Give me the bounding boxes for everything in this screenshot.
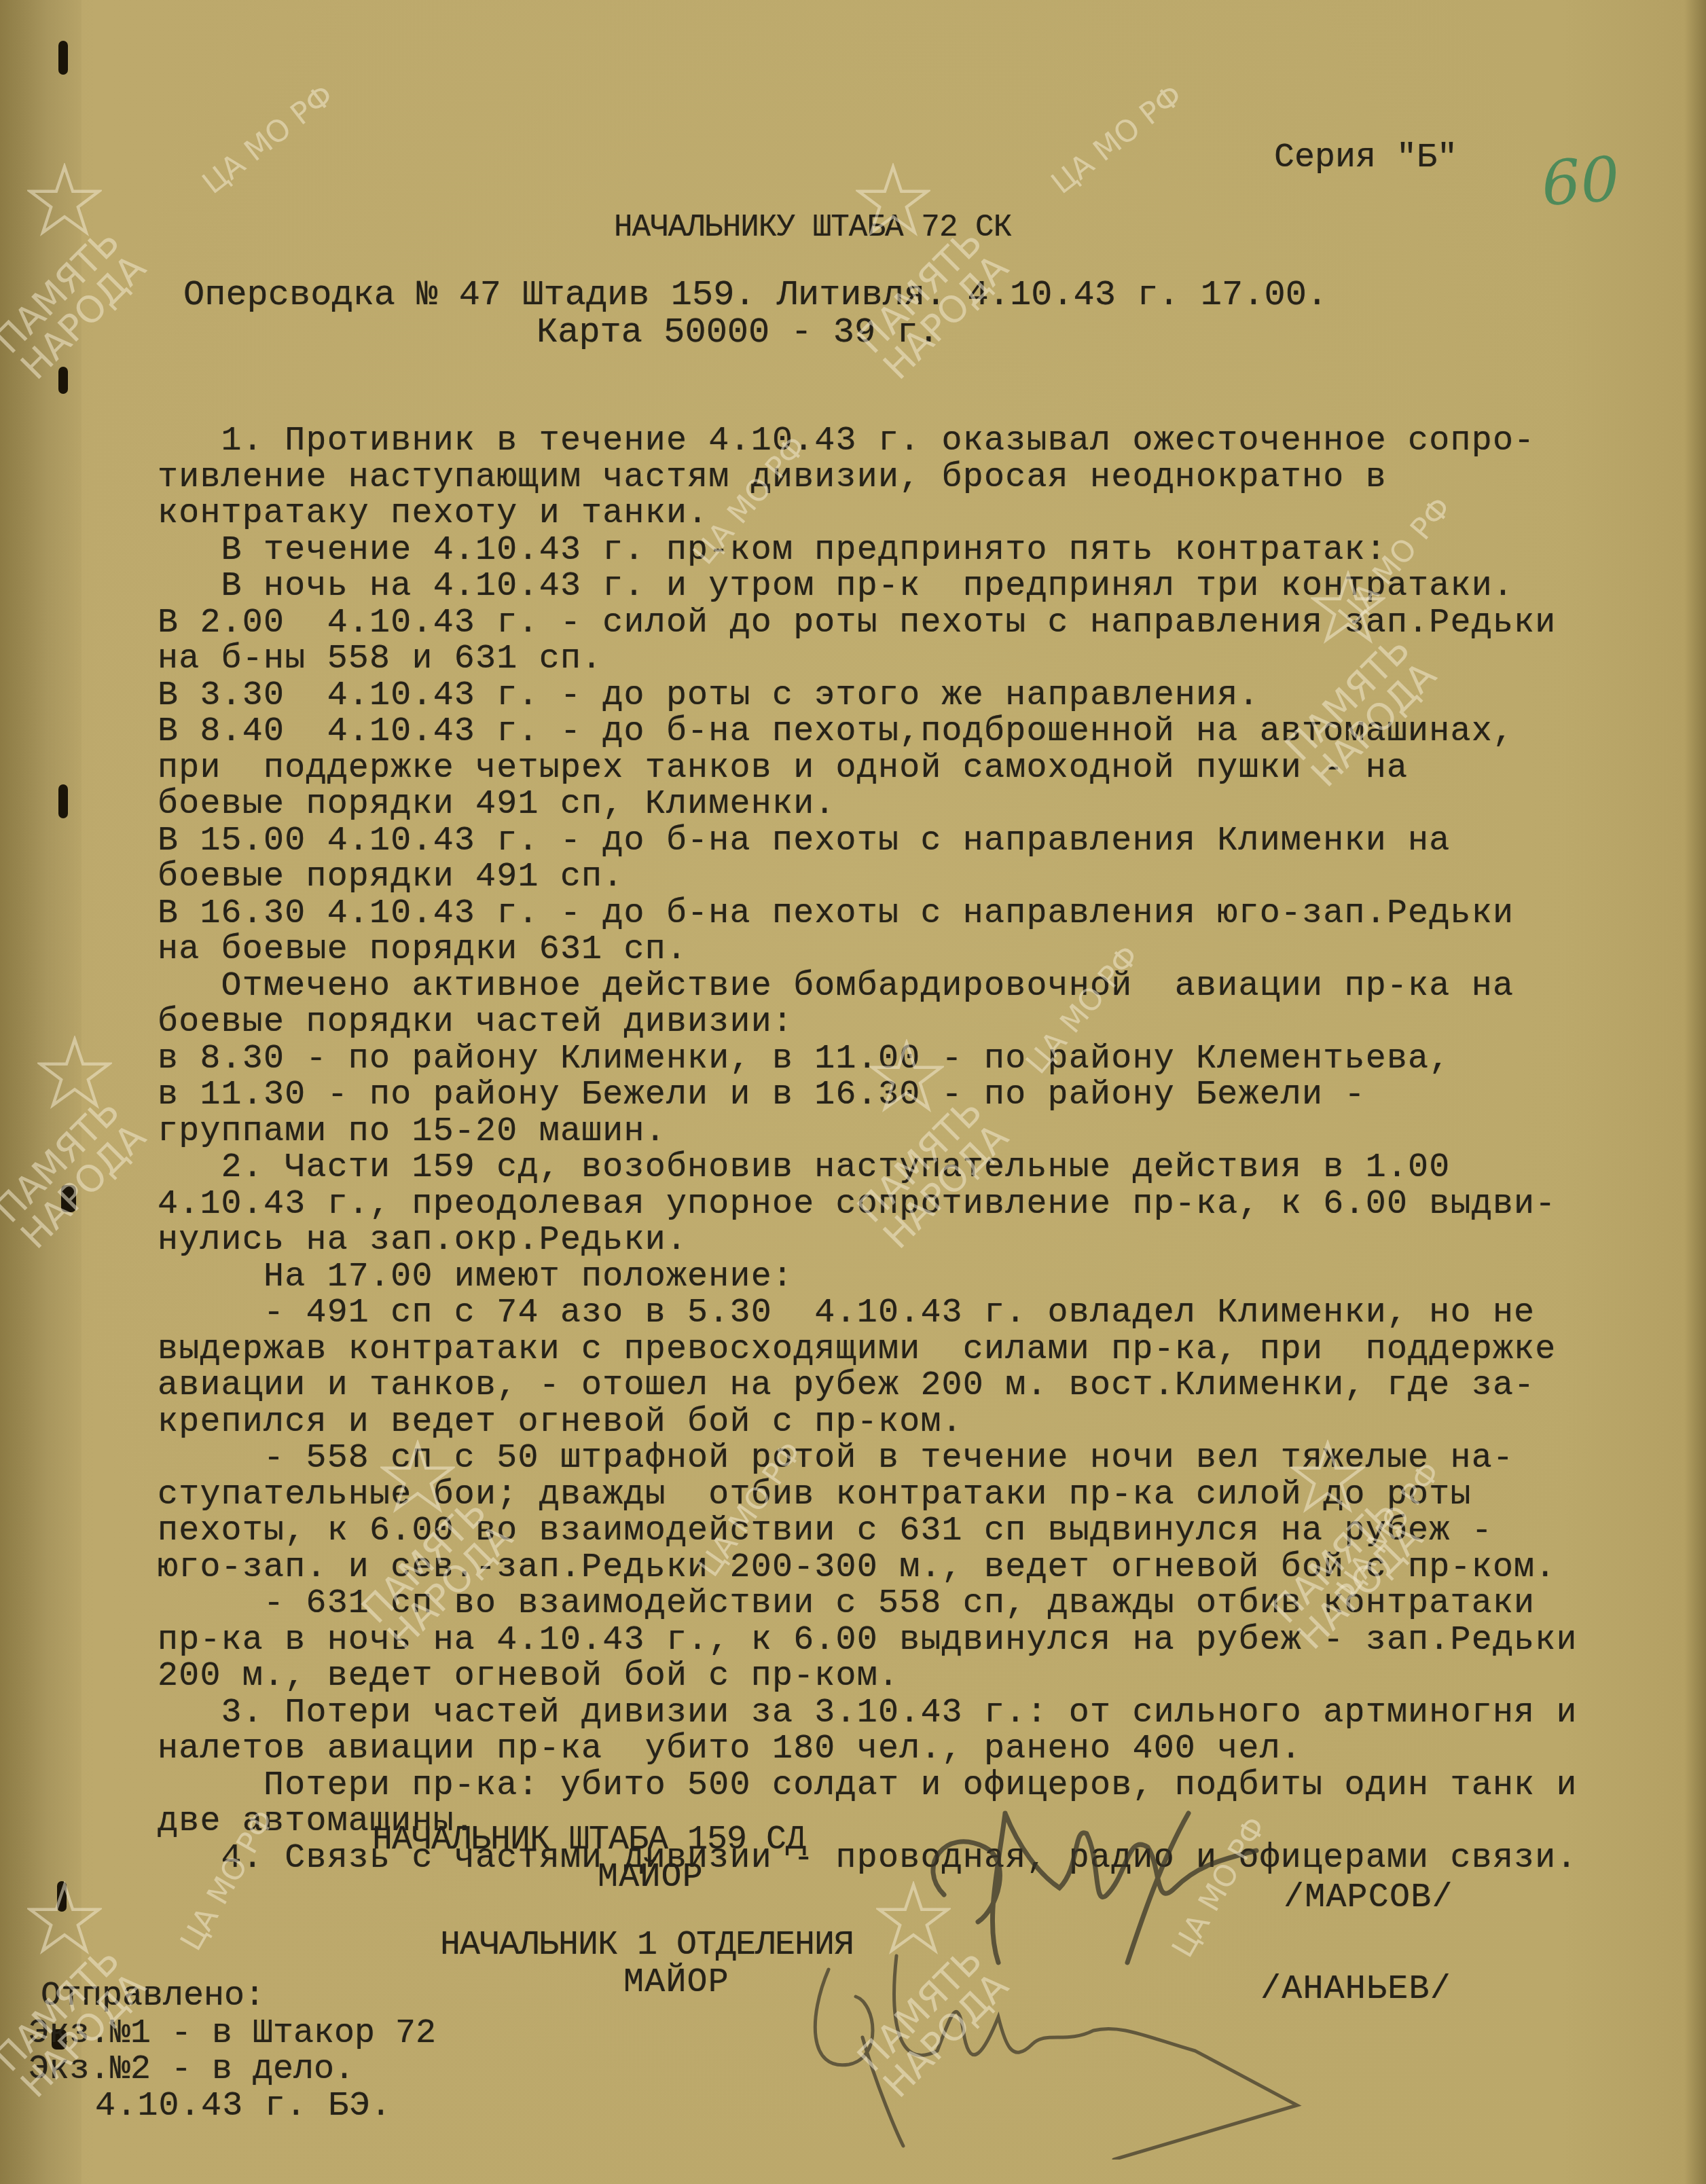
- binding-hole: [61, 1185, 76, 1212]
- report-body-line: - 631 сп во взаимодействии с 558 сп, два…: [158, 1584, 1535, 1624]
- report-body-line: на б-ны 558 и 631 сп.: [158, 639, 602, 680]
- signature-rank-2: МАЙОР: [623, 1963, 729, 2003]
- report-body-line: 4. Связь с частями дивизии - проводная, …: [158, 1838, 1578, 1879]
- report-body-line: На 17.00 имеют положение:: [158, 1257, 793, 1298]
- report-body-line: 3. Потери частей дивизии за 3.10.43 г.: …: [158, 1693, 1578, 1734]
- report-body-line: боевые порядки 491 сп.: [158, 857, 624, 898]
- report-body-line: при поддержке четырех танков и одной сам…: [158, 748, 1408, 789]
- distribution-copy-2: Экз.№2 - в дело.: [29, 2050, 355, 2090]
- series-label: Серия "Б": [1274, 138, 1457, 179]
- report-body-line: налетов авиации пр-ка убито 180 чел., ра…: [158, 1729, 1302, 1770]
- report-body-line: юго-зап. и сев.-зап.Редьки 200-300 м., в…: [158, 1548, 1557, 1588]
- report-body-line: В ночь на 4.10.43 г. и утром пр-к предпр…: [158, 566, 1514, 607]
- report-title: Оперсводка № 47 Штадив 159. Литивля. 4.1…: [183, 275, 1328, 316]
- report-body-line: ступательные бои; дважды отбив контратак…: [158, 1475, 1472, 1516]
- report-body-line: Потери пр-ка: убито 500 солдат и офицеро…: [158, 1766, 1578, 1806]
- signature-title-1: НАЧАЛЬНИК ШТАБА 159 СД: [372, 1820, 805, 1861]
- report-body-line: боевые порядки 491 сп, Клименки.: [158, 784, 836, 825]
- binding-hole: [58, 784, 68, 818]
- report-body-line: В 16.30 4.10.43 г. - до б-на пехоты с на…: [158, 894, 1514, 934]
- signature-name-2: /АНАНЬЕВ/: [1260, 1969, 1451, 2010]
- report-body-line: - 558 сп с 50 штрафной ротой в течение н…: [158, 1438, 1514, 1479]
- report-body-line: 2. Части 159 сд, возобновив наступательн…: [158, 1148, 1451, 1188]
- addressee: НАЧАЛЬНИКУ ШТАБА 72 СК: [614, 207, 1011, 248]
- signature-name-1: /МАРСОВ/: [1284, 1878, 1453, 1918]
- report-body-line: В 8.40 4.10.43 г. - до б-на пехоты,подбр…: [158, 712, 1514, 752]
- report-body-line: В 2.00 4.10.43 г. - силой до роты пехоты…: [158, 603, 1557, 644]
- signature-rank-1: МАЙОР: [598, 1857, 704, 1898]
- report-body-line: группами по 15-20 машин.: [158, 1112, 666, 1152]
- distribution-footer: 4.10.43 г. БЭ.: [95, 2086, 392, 2127]
- report-body-line: В 3.30 4.10.43 г. - до роты с этого же н…: [158, 676, 1260, 716]
- report-body-line: авиации и танков, - отошел на рубеж 200 …: [158, 1366, 1535, 1406]
- binding-edge: [0, 0, 81, 2184]
- report-body-line: - 491 сп с 74 азо в 5.30 4.10.43 г. овла…: [158, 1293, 1535, 1334]
- report-body-line: 4.10.43 г., преодолевая упорное сопротив…: [158, 1184, 1557, 1225]
- report-body-line: В 15.00 4.10.43 г. - до б-на пехоты с на…: [158, 821, 1451, 862]
- signature-title-2: НАЧАЛЬНИК 1 ОТДЕЛЕНИЯ: [440, 1925, 854, 1966]
- report-body-line: контратаку пехоту и танки.: [158, 494, 708, 534]
- report-body-line: пехоты, к 6.00 во взаимодействии с 631 с…: [158, 1511, 1493, 1552]
- report-body-line: 200 м., ведет огневой бой с пр-ком.: [158, 1656, 899, 1697]
- report-body-line: крепился и ведет огневой бой с пр-ком.: [158, 1402, 963, 1443]
- binding-hole: [58, 367, 68, 394]
- report-body-line: на боевые порядки 631 сп.: [158, 930, 687, 970]
- report-body-line: в 8.30 - по району Клименки, в 11.00 - п…: [158, 1039, 1451, 1080]
- report-body-line: Отмечено активное действие бомбардировоч…: [158, 966, 1514, 1007]
- binding-hole: [57, 1881, 67, 1912]
- report-body-line: тивление наступающим частям дивизии, бро…: [158, 458, 1387, 498]
- page-number-handwritten: 60: [1539, 143, 1622, 220]
- binding-hole: [58, 41, 68, 75]
- report-body-line: В течение 4.10.43 г. пр-ком предпринято …: [158, 530, 1387, 571]
- report-body-line: пр-ка в ночь на 4.10.43 г., к 6.00 выдви…: [158, 1620, 1578, 1661]
- report-body-line: боевые порядки частей дивизии:: [158, 1002, 793, 1043]
- report-body-line: в 11.30 - по району Бежели и в 16.30 - п…: [158, 1075, 1366, 1116]
- report-body-line: выдержав контратаки с превосходящими сил…: [158, 1330, 1557, 1370]
- report-body-line: 1. Противник в течение 4.10.43 г. оказыв…: [158, 421, 1535, 462]
- distribution-copy-1: Экз.№1 - в Штакор 72: [29, 2014, 436, 2054]
- distribution-label: Отправлено:: [41, 1976, 265, 2017]
- map-reference: Карта 50000 - 39 г.: [537, 312, 939, 353]
- report-body-line: нулись на зап.окр.Редьки.: [158, 1220, 687, 1261]
